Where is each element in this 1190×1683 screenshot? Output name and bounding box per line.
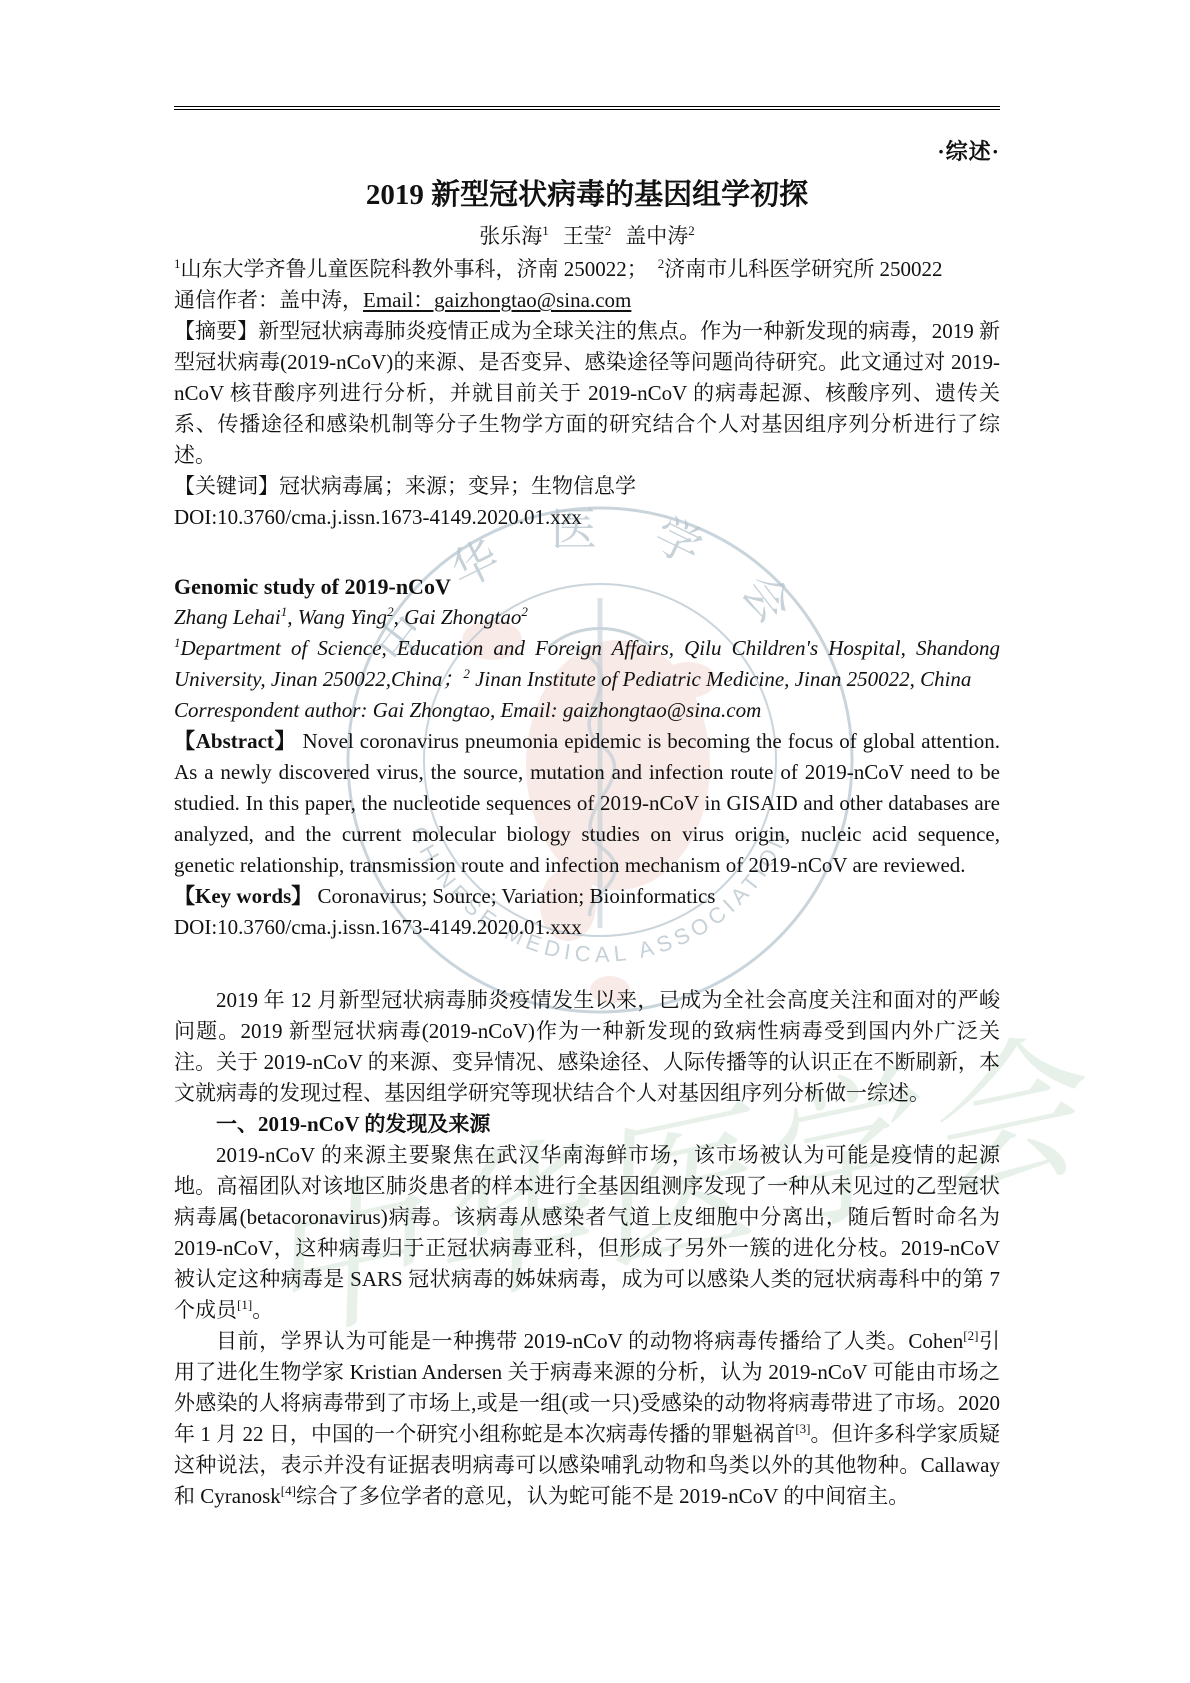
author-cn: 张乐海1: [479, 224, 549, 248]
author-affil-mark: 2: [521, 604, 528, 619]
section-1-paragraph: 目前，学界认为可能是一种携带 2019-nCoV 的动物将病毒传播给了人类。Co…: [174, 1326, 1000, 1512]
abstract-en: 【Abstract】 Novel coronavirus pneumonia e…: [174, 726, 1000, 881]
author-cn: 王莹2: [563, 224, 612, 248]
authors-cn: 张乐海1王莹2盖中涛2: [174, 221, 1000, 252]
correspondence-cn: 通信作者：盖中涛，Email：gaizhongtao@sina.com: [174, 285, 1000, 316]
abstract-label-cn: 【摘要】: [174, 319, 258, 343]
keywords-cn: 【关键词】冠状病毒属；来源；变异；生物信息学: [174, 471, 1000, 502]
english-section: Genomic study of 2019-nCoV Zhang Lehai1,…: [174, 571, 1000, 943]
reference-mark: [3]: [795, 1421, 810, 1436]
author-affil-mark: 2: [688, 223, 695, 238]
doi-en: DOI:10.3760/cma.j.issn.1673-4149.2020.01…: [174, 912, 1000, 943]
author-affil-mark: 2: [605, 223, 612, 238]
doi-cn: DOI:10.3760/cma.j.issn.1673-4149.2020.01…: [174, 502, 1000, 533]
reference-mark: [2]: [963, 1328, 978, 1343]
section-1-paragraph: 2019-nCoV 的来源主要聚焦在武汉华南海鲜市场，该市场被认为可能是疫情的起…: [174, 1140, 1000, 1326]
affiliations-cn: 1山东大学齐鲁儿童医院科教外事科，济南 250022；2济南市儿科医学研究所 2…: [174, 254, 1000, 285]
affiliations-en: 1Department of Science, Education and Fo…: [174, 633, 1000, 695]
reference-mark: [4]: [281, 1483, 296, 1498]
author-affil-mark: 1: [542, 223, 549, 238]
correspondence-email-link[interactable]: Email：gaizhongtao@sina.com: [363, 288, 631, 312]
keywords-label-en: 【Key words】: [174, 884, 312, 908]
article-category-mark: ·综述·: [174, 136, 1000, 167]
authors-en: Zhang Lehai1, Wang Ying2, Gai Zhongtao2: [174, 602, 1000, 633]
article-title-cn: 2019 新型冠状病毒的基因组学初探: [174, 177, 1000, 213]
intro-paragraph: 2019 年 12 月新型冠状病毒肺炎疫情发生以来，已成为全社会高度关注和面对的…: [174, 985, 1000, 1109]
abstract-label-en: 【Abstract】: [174, 729, 296, 753]
section-1-heading: 一、2019-nCoV 的发现及来源: [174, 1109, 1000, 1140]
article-title-en: Genomic study of 2019-nCoV: [174, 571, 1000, 602]
keywords-label-cn: 【关键词】: [174, 474, 279, 498]
manuscript-page: 中华医学会 中华医学会 CHINESE MEDICAL ASSOCIATION: [0, 0, 1190, 1683]
correspondent-en: Correspondent author: Gai Zhongtao, Emai…: [174, 695, 1000, 726]
reference-mark: [1]: [237, 1297, 252, 1312]
keywords-en: 【Key words】 Coronavirus; Source; Variati…: [174, 881, 1000, 912]
abstract-cn: 【摘要】新型冠状病毒肺炎疫情正成为全球关注的焦点。作为一种新发现的病毒，2019…: [174, 316, 1000, 471]
author-cn: 盖中涛2: [625, 224, 695, 248]
body-text: 2019 年 12 月新型冠状病毒肺炎疫情发生以来，已成为全社会高度关注和面对的…: [174, 985, 1000, 1512]
header-rule: [174, 106, 1000, 110]
